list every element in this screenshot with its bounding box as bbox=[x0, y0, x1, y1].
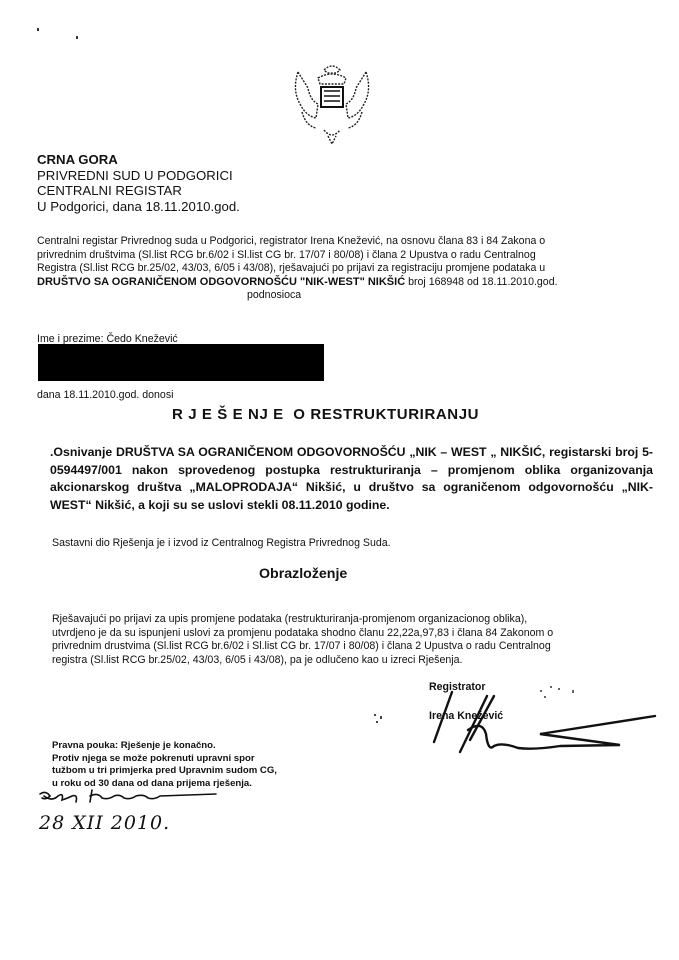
document-header: CRNA GORA PRIVREDNI SUD U PODGORICI CENT… bbox=[37, 152, 240, 214]
intro-line: DRUŠTVO SA OGRANIČENOM ODGOVORNOŠĆU "NIK… bbox=[37, 276, 657, 290]
reasoning-line: registra (Sl.list RCG br.25/02, 43/03, 6… bbox=[52, 654, 662, 668]
integral-part-note: Sastavni dio Rješenja je i izvod iz Cent… bbox=[52, 537, 391, 549]
scan-noise bbox=[372, 712, 388, 726]
intro-line: Centralni registar Privrednog suda u Pod… bbox=[37, 235, 657, 249]
legal-notice-line: Protiv njega se može pokrenuti upravni s… bbox=[52, 753, 277, 766]
intro-line: privrednim društvima (Sl.list RCG br.6/0… bbox=[37, 249, 657, 263]
filing-number: broj 168948 od 18.11.2010.god. bbox=[405, 276, 557, 288]
company-name: DRUŠTVO SA OGRANIČENOM ODGOVORNOŠĆU "NIK… bbox=[37, 276, 405, 288]
scan-speck bbox=[37, 28, 39, 31]
intro-line: Registra (Sl.list RCG br.25/02, 43/03, 6… bbox=[37, 262, 657, 276]
intro-line: podnosioca bbox=[37, 289, 657, 303]
issued-date-line: dana 18.11.2010.god. donosi bbox=[37, 389, 173, 401]
reasoning-line: utvrdjeno je da su ispunjeni uslovi za p… bbox=[52, 627, 662, 641]
intro-paragraph: Centralni registar Privrednog suda u Pod… bbox=[37, 235, 657, 303]
country-name: CRNA GORA bbox=[37, 152, 240, 168]
reasoning-line: Rješavajući po prijavi za upis promjene … bbox=[52, 613, 662, 627]
scan-noise bbox=[538, 684, 578, 702]
legal-notice: Pravna pouka: Rješenje je konačno. Proti… bbox=[52, 740, 277, 790]
legal-notice-line: Pravna pouka: Rješenje je konačno. bbox=[52, 740, 277, 753]
reasoning-line: privrednim drustvima (Sl.list RCG br.6/0… bbox=[52, 640, 662, 654]
scan-speck bbox=[76, 36, 78, 39]
montenegro-coat-of-arms-icon bbox=[284, 60, 380, 146]
legal-notice-line: tužbom u tri primjerka pred Upravnim sud… bbox=[52, 765, 277, 778]
court-name: PRIVREDNI SUD U PODGORICI bbox=[37, 168, 240, 184]
registry-name: CENTRALNI REGISTAR bbox=[37, 183, 240, 199]
reasoning-title: Obrazloženje bbox=[259, 566, 347, 582]
reasoning-paragraph: Rješavajući po prijavi za upis promjene … bbox=[52, 613, 662, 667]
signature-icon bbox=[430, 690, 660, 780]
place-date: U Podgorici, dana 18.11.2010.god. bbox=[37, 199, 240, 215]
redacted-block bbox=[38, 344, 324, 381]
decision-title: R J E Š E NJ E O RESTRUKTURIRANJU bbox=[172, 406, 479, 423]
decision-text: .Osnivanje DRUŠTVA SA OGRANIČENOM ODGOVO… bbox=[50, 444, 653, 515]
handwritten-date: 28 XII 2010. bbox=[39, 812, 170, 834]
